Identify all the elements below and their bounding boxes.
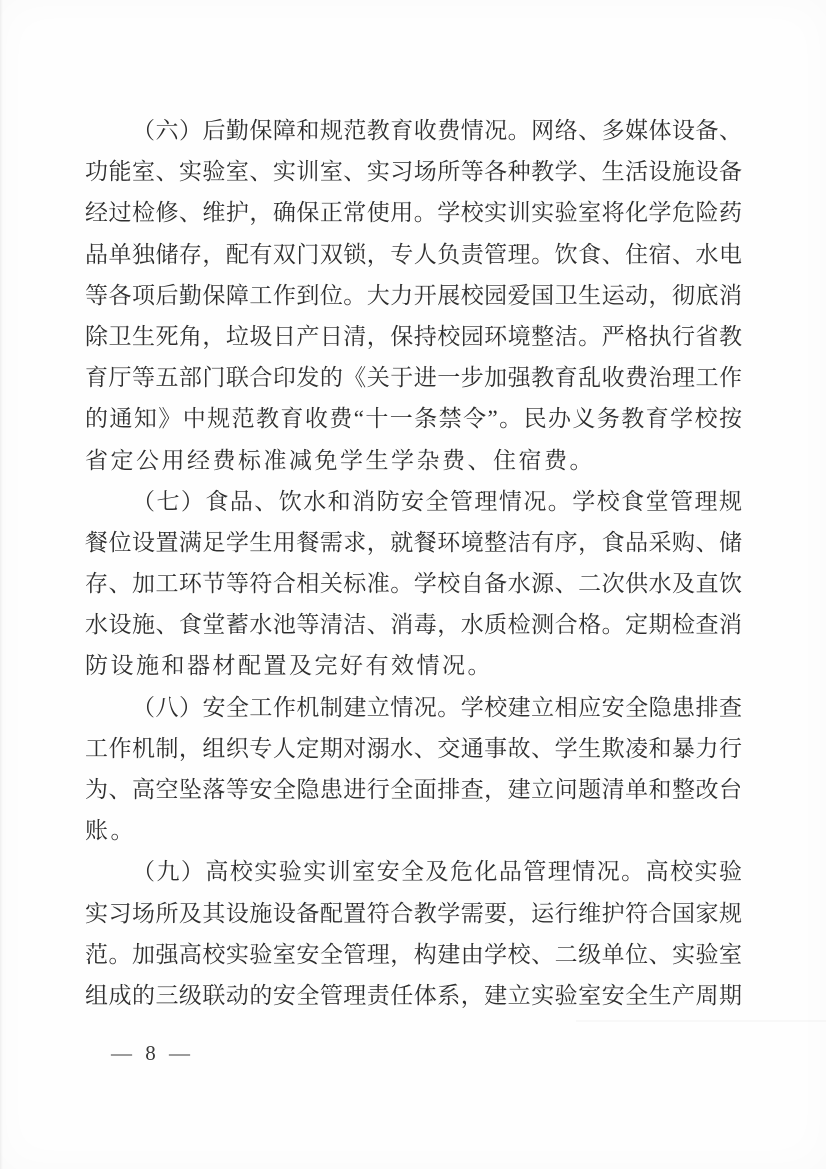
page-number: — 8 — bbox=[111, 1041, 194, 1066]
section-7-food-water-fire-safety: （七）食品、饮水和消防安全管理情况。学校食堂管理规范，餐位设置满足学生用餐需求，… bbox=[85, 481, 742, 687]
text-line: 为、高空坠落等安全隐患进行全面排查，建立问题清单和整改台 bbox=[85, 769, 742, 810]
section-8-safety-work-mechanism: （八）安全工作机制建立情况。学校建立相应安全隐患排查工作机制，组织专人定期对溺水… bbox=[85, 687, 742, 852]
document-page: （六）后勤保障和规范教育收费情况。网络、多媒体设备、功能室、实验室、实训室、实习… bbox=[0, 0, 826, 1169]
text-line: 品单独储存，配有双门双锁，专人负责管理。饮食、住宿、水电 bbox=[85, 234, 742, 275]
scan-edge-left bbox=[0, 0, 3, 1169]
text-line: 育厅等五部门联合印发的《关于进一步加强教育乱收费治理工作 bbox=[85, 357, 742, 398]
text-line: （七）食品、饮水和消防安全管理情况。学校食堂管理规范， bbox=[85, 481, 742, 522]
section-9-university-lab-safety: （九）高校实验实训室安全及危化品管理情况。高校实验室、实习场所及其设施设备配置符… bbox=[85, 851, 742, 1016]
text-line: 的通知》中规范教育收费“十一条禁令”。民办义务教育学校按 bbox=[85, 398, 742, 439]
text-line: 等各项后勤保障工作到位。大力开展校园爱国卫生运动，彻底消 bbox=[85, 275, 742, 316]
text-line: 实习场所及其设施设备配置符合教学需要，运行维护符合国家规 bbox=[85, 893, 742, 934]
text-line: 防设施和器材配置及完好有效情况。 bbox=[85, 645, 742, 686]
text-line: 经过检修、维护，确保正常使用。学校实训实验室将化学危险药 bbox=[85, 192, 742, 233]
text-line: 除卫生死角，垃圾日产日清，保持校园环境整洁。严格执行省教 bbox=[85, 316, 742, 357]
text-line: （八）安全工作机制建立情况。学校建立相应安全隐患排查 bbox=[85, 687, 742, 728]
text-line: （六）后勤保障和规范教育收费情况。网络、多媒体设备、 bbox=[85, 110, 742, 151]
document-body: （六）后勤保障和规范教育收费情况。网络、多媒体设备、功能室、实验室、实训室、实习… bbox=[85, 110, 742, 1016]
text-line: 功能室、实验室、实训室、实习场所等各种教学、生活设施设备 bbox=[85, 151, 742, 192]
text-line: 存、加工环节等符合相关标准。学校自备水源、二次供水及直饮 bbox=[85, 563, 742, 604]
text-line: 范。加强高校实验室安全管理，构建由学校、二级单位、实验室 bbox=[85, 934, 742, 975]
scan-edge-artifact bbox=[576, 1020, 826, 1022]
text-line: 餐位设置满足学生用餐需求，就餐环境整洁有序，食品采购、储 bbox=[85, 522, 742, 563]
text-line: （九）高校实验实训室安全及危化品管理情况。高校实验室、 bbox=[85, 851, 742, 892]
text-line: 组成的三级联动的安全管理责任体系，建立实验室安全生产周期 bbox=[85, 975, 742, 1016]
section-6-logistics-and-fees: （六）后勤保障和规范教育收费情况。网络、多媒体设备、功能室、实验室、实训室、实习… bbox=[85, 110, 742, 481]
text-line: 省定公用经费标准减免学生学杂费、住宿费。 bbox=[85, 440, 742, 481]
text-line: 水设施、食堂蓄水池等清洁、消毒，水质检测合格。定期检查消 bbox=[85, 604, 742, 645]
text-line: 账。 bbox=[85, 810, 742, 851]
text-line: 工作机制，组织专人定期对溺水、交通事故、学生欺凌和暴力行 bbox=[85, 728, 742, 769]
